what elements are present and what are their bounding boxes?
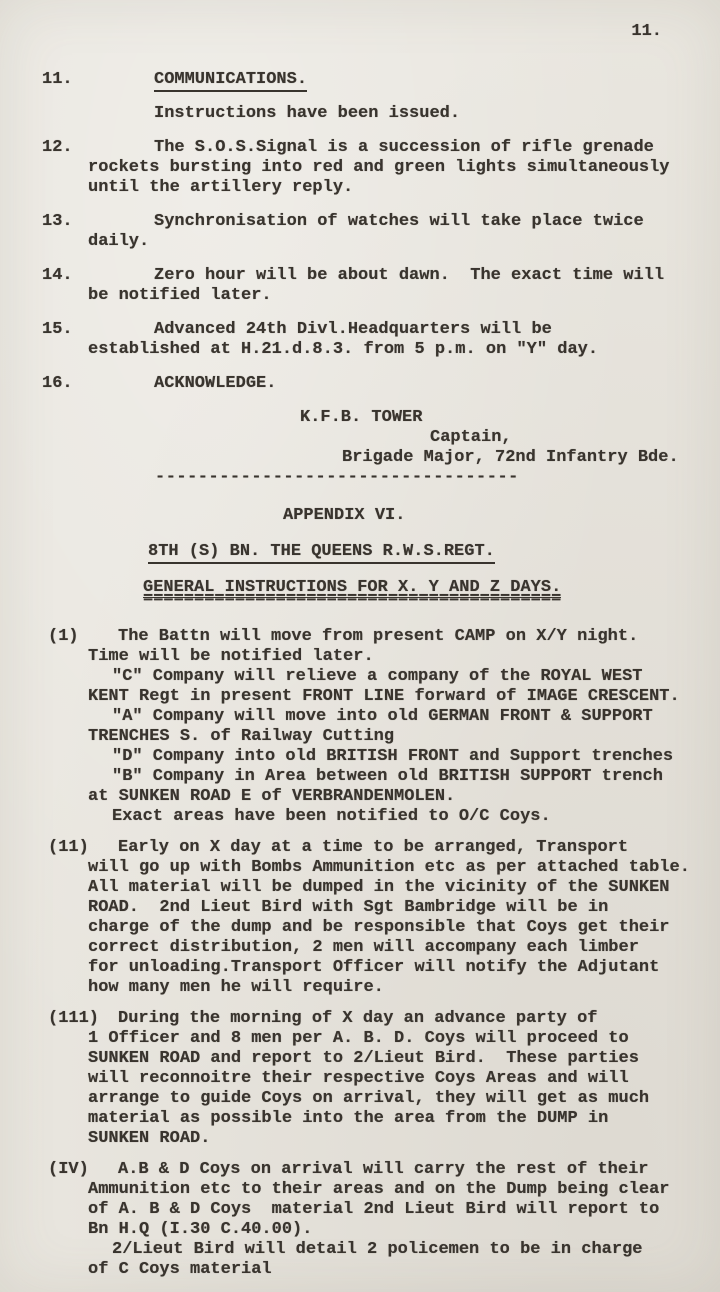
item-number: 13.	[42, 212, 73, 232]
roman-item: (111) During the morning of X day an adv…	[0, 1009, 720, 1149]
text-line: how many men he will require.	[88, 978, 720, 998]
numbered-item: 15. Advanced 24th Divl.Headquarters will…	[0, 320, 720, 360]
signature-rank: Captain,	[430, 428, 720, 448]
appendix-section: APPENDIX VI. 8TH (S) BN. THE QUEENS R.W.…	[0, 506, 720, 607]
numbered-item: 11. COMMUNICATIONS.	[0, 70, 720, 90]
text-line: Instructions have been issued.	[154, 104, 720, 124]
page-number: 11.	[631, 22, 662, 42]
item-number: (1)	[48, 627, 79, 647]
text-line: Bn H.Q (I.30 C.40.00).	[88, 1220, 720, 1240]
text-line: arrange to guide Coys on arrival, they w…	[88, 1089, 720, 1109]
item-number: 12.	[42, 138, 73, 158]
text-line: of C Coys material	[88, 1260, 720, 1280]
text-line: 2/Lieut Bird will detail 2 policemen to …	[112, 1240, 720, 1260]
roman-item: (11) Early on X day at a time to be arra…	[0, 838, 720, 998]
text-line: for unloading.Transport Officer will not…	[88, 958, 720, 978]
text-line: Ammunition etc to their areas and on the…	[88, 1180, 720, 1200]
document-page: 11. 11. COMMUNICATIONS. Instructions hav…	[0, 0, 720, 1292]
item-number: 15.	[42, 320, 73, 340]
signature-block: K.F.B. TOWER Captain, Brigade Major, 72n…	[0, 408, 720, 488]
text-line: ROAD. 2nd Lieut Bird with Sgt Bambridge …	[88, 898, 720, 918]
appendix-title: APPENDIX VI.	[283, 506, 720, 526]
instructions-list: (1) The Battn will move from present CAM…	[0, 627, 720, 1280]
text-line: The Battn will move from present CAMP on…	[118, 627, 720, 647]
signature-name: K.F.B. TOWER	[300, 408, 720, 428]
roman-item: (IV) A.B & D Coys on arrival will carry …	[0, 1160, 720, 1280]
item-number: (IV)	[48, 1160, 89, 1180]
roman-item: (1) The Battn will move from present CAM…	[0, 627, 720, 827]
text-line: established at H.21.d.8.3. from 5 p.m. o…	[88, 340, 720, 360]
numbered-item: 16. ACKNOWLEDGE.	[0, 374, 720, 394]
text-line: SUNKEN ROAD.	[88, 1129, 720, 1149]
text-line: correct distribution, 2 men will accompa…	[88, 938, 720, 958]
text-line: daily.	[88, 232, 720, 252]
text-line: The S.O.S.Signal is a succession of rifl…	[154, 138, 720, 158]
text-line: charge of the dump and be responsible th…	[88, 918, 720, 938]
numbered-item: Instructions have been issued.	[0, 104, 720, 124]
text-line: "A" Company will move into old GERMAN FR…	[112, 707, 720, 727]
text-line: During the morning of X day an advance p…	[118, 1009, 720, 1029]
heading-underline: ========================================…	[143, 593, 720, 607]
item-number: 11.	[42, 70, 73, 90]
text-line: at SUNKEN ROAD E of VERBRANDENMOLEN.	[88, 787, 720, 807]
text-line: material as possible into the area from …	[88, 1109, 720, 1129]
text-line: be notified later.	[88, 286, 720, 306]
item-number: (111)	[48, 1009, 99, 1029]
item-number: 14.	[42, 266, 73, 286]
text-line: Early on X day at a time to be arranged,…	[118, 838, 720, 858]
text-line: SUNKEN ROAD and report to 2/Lieut Bird. …	[88, 1049, 720, 1069]
text-line: TRENCHES S. of Railway Cutting	[88, 727, 720, 747]
text-line: rockets bursting into red and green ligh…	[88, 158, 720, 178]
text-line: 1 Officer and 8 men per A. B. D. Coys wi…	[88, 1029, 720, 1049]
text-line: Time will be notified later.	[88, 647, 720, 667]
text-line: of A. B & D Coys material 2nd Lieut Bird…	[88, 1200, 720, 1220]
text-line: "B" Company in Area between old BRITISH …	[112, 767, 720, 787]
item-number: 16.	[42, 374, 73, 394]
text-line: A.B & D Coys on arrival will carry the r…	[118, 1160, 720, 1180]
text-line: "C" Company will relieve a company of th…	[112, 667, 720, 687]
signature-title: Brigade Major, 72nd Infantry Bde.	[342, 448, 720, 468]
numbered-item: 13. Synchronisation of watches will take…	[0, 212, 720, 252]
text-line: will reconnoitre their respective Coys A…	[88, 1069, 720, 1089]
numbered-section: 11. COMMUNICATIONS. Instructions have be…	[0, 70, 720, 394]
numbered-item: 14. Zero hour will be about dawn. The ex…	[0, 266, 720, 306]
unit-title: 8TH (S) BN. THE QUEENS R.W.S.REGT.	[148, 542, 720, 562]
page-content: 11. COMMUNICATIONS. Instructions have be…	[0, 70, 720, 1291]
signature-divider: ----------------------------------	[155, 468, 720, 488]
text-line: will go up with Bombs Ammunition etc as …	[88, 858, 720, 878]
text-line: until the artillery reply.	[88, 178, 720, 198]
text-line: COMMUNICATIONS.	[154, 70, 720, 90]
text-line: "D" Company into old BRITISH FRONT and S…	[112, 747, 720, 767]
text-line: Advanced 24th Divl.Headquarters will be	[154, 320, 720, 340]
text-line: Exact areas have been notified to O/C Co…	[112, 807, 720, 827]
numbered-item: 12. The S.O.S.Signal is a succession of …	[0, 138, 720, 198]
text-line: KENT Regt in present FRONT LINE forward …	[88, 687, 720, 707]
text-line: ACKNOWLEDGE.	[154, 374, 720, 394]
text-line: Zero hour will be about dawn. The exact …	[154, 266, 720, 286]
item-number: (11)	[48, 838, 89, 858]
text-line: All material will be dumped in the vicin…	[88, 878, 720, 898]
text-line: Synchronisation of watches will take pla…	[154, 212, 720, 232]
